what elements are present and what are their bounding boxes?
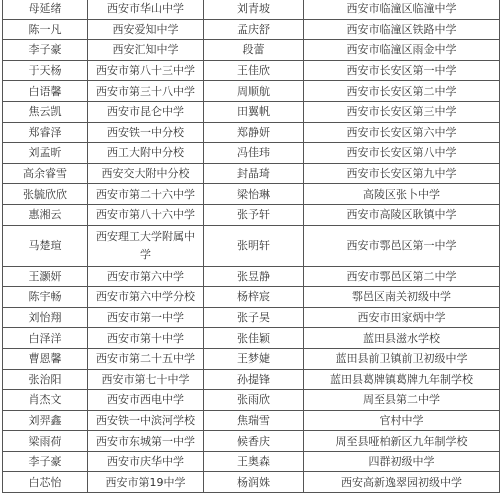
table-row: 曹恩馨 西安市第二十五中学 王梦婕 蓝田县前卫镇前卫初级中学 <box>3 348 500 369</box>
student-name-cell: 封晶琦 <box>204 163 304 184</box>
table-row: 肖杰文 西安市西电中学 张雨欣 周至县第二中学 <box>3 390 500 411</box>
school-cell: 高陵区张卜中学 <box>304 184 500 205</box>
student-name-cell: 杨梓宸 <box>204 287 304 308</box>
student-name-cell: 焦瑞雪 <box>204 410 304 431</box>
school-cell: 西安市长安区第一中学 <box>304 60 500 81</box>
school-cell: 西安市西电中学 <box>88 390 204 411</box>
table-row: 王灏妍 西安市第六中学 张昱静 西安市鄠邑区第二中学 <box>3 266 500 287</box>
student-name-cell: 刘怡翔 <box>3 307 88 328</box>
school-cell: 西安理工大学附属中学 <box>88 225 204 266</box>
school-cell: 官村中学 <box>304 410 500 431</box>
school-cell: 西安市第二十五中学 <box>88 348 204 369</box>
school-cell: 鄠邑区南关初级中学 <box>304 287 500 308</box>
school-cell: 周至县哑柏新区九年制学校 <box>304 431 500 452</box>
school-cell: 西安市鄠邑区第二中学 <box>304 266 500 287</box>
student-name-cell: 曹恩馨 <box>3 348 88 369</box>
student-name-cell: 周顺航 <box>204 81 304 102</box>
student-name-cell: 梁怡琳 <box>204 184 304 205</box>
student-name-cell: 张雨欣 <box>204 390 304 411</box>
student-name-cell: 肖杰文 <box>3 390 88 411</box>
table-row: 梁雨荷 西安市东城第一中学 候香庆 周至县哑柏新区九年制学校 <box>3 431 500 452</box>
school-cell: 西安市鄠邑区第一中学 <box>304 225 500 266</box>
table-row: 张毓欣欣 西安市第二十六中学 梁怡琳 高陵区张卜中学 <box>3 184 500 205</box>
student-name-cell: 刘孟昕 <box>3 143 88 164</box>
table-container: 母延绪 西安市华山中学 刘青坡 西安市临潼区临潼中学 陈一凡 西安爱知中学 孟庆… <box>2 0 500 493</box>
table-row: 高余睿雪 西安交大附中分校 封晶琦 西安市长安区第九中学 <box>3 163 500 184</box>
student-name-cell: 李子豪 <box>3 40 88 61</box>
school-cell: 西安市昆仑中学 <box>88 101 204 122</box>
school-cell: 西安市田家炳中学 <box>304 307 500 328</box>
student-name-cell: 张毓欣欣 <box>3 184 88 205</box>
student-school-table: 母延绪 西安市华山中学 刘青坡 西安市临潼区临潼中学 陈一凡 西安爱知中学 孟庆… <box>2 0 500 493</box>
table-row: 刘怡翔 西安市第一中学 张子昊 西安市田家炳中学 <box>3 307 500 328</box>
school-cell: 西安市第二十六中学 <box>88 184 204 205</box>
school-cell: 西安市第三十八中学 <box>88 81 204 102</box>
student-name-cell: 王灏妍 <box>3 266 88 287</box>
student-name-cell: 田翼帆 <box>204 101 304 122</box>
student-name-cell: 焦云凯 <box>3 101 88 122</box>
school-cell: 西安市临潼区临潼中学 <box>304 0 500 19</box>
student-name-cell: 于天杨 <box>3 60 88 81</box>
student-name-cell: 高余睿雪 <box>3 163 88 184</box>
table-row: 李子豪 西安汇知中学 段蕾 西安市临潼区雨金中学 <box>3 40 500 61</box>
table-row: 惠湘云 西安市第八十六中学 张予轩 西安市高陵区耿镇中学 <box>3 204 500 225</box>
student-name-cell: 惠湘云 <box>3 204 88 225</box>
school-cell: 西安市第六中学 <box>88 266 204 287</box>
school-cell: 西安高新逸翠园初级中学 <box>304 472 500 493</box>
table-row: 李子豪 西安市庆华中学 王奥森 四群初级中学 <box>3 451 500 472</box>
school-cell: 西安市临潼区铁路中学 <box>304 19 500 40</box>
school-cell: 西安铁一中分校 <box>88 122 204 143</box>
table-row: 白芯怡 西安市第19中学 杨润姝 西安高新逸翠园初级中学 <box>3 472 500 493</box>
student-name-cell: 白语馨 <box>3 81 88 102</box>
student-name-cell: 王奥森 <box>204 451 304 472</box>
student-name-cell: 梁雨荷 <box>3 431 88 452</box>
student-name-cell: 王佳欣 <box>204 60 304 81</box>
school-cell: 蓝田县前卫镇前卫初级中学 <box>304 348 500 369</box>
school-cell: 西安市长安区第二中学 <box>304 81 500 102</box>
student-name-cell: 孙提锋 <box>204 369 304 390</box>
student-name-cell: 张佳颖 <box>204 328 304 349</box>
school-cell: 西安市东城第一中学 <box>88 431 204 452</box>
school-cell: 西安市第七十中学 <box>88 369 204 390</box>
student-name-cell: 冯佳玮 <box>204 143 304 164</box>
table-row: 焦云凯 西安市昆仑中学 田翼帆 西安市长安区第三中学 <box>3 101 500 122</box>
school-cell: 西安市第十中学 <box>88 328 204 349</box>
student-name-cell: 杨润姝 <box>204 472 304 493</box>
school-cell: 四群初级中学 <box>304 451 500 472</box>
table-row: 郑睿泽 西安铁一中分校 郑静妍 西安市长安区第六中学 <box>3 122 500 143</box>
school-cell: 西工大附中分校 <box>88 143 204 164</box>
school-cell: 西安市长安区第六中学 <box>304 122 500 143</box>
school-cell: 西安市长安区第八中学 <box>304 143 500 164</box>
school-cell: 西安铁一中滨河学校 <box>88 410 204 431</box>
student-name-cell: 母延绪 <box>3 0 88 19</box>
table-row: 张治阳 西安市第七十中学 孙提锋 蓝田县葛牌镇葛牌九年制学校 <box>3 369 500 390</box>
student-name-cell: 张明轩 <box>204 225 304 266</box>
school-cell: 蓝田县葛牌镇葛牌九年制学校 <box>304 369 500 390</box>
student-name-cell: 王梦婕 <box>204 348 304 369</box>
student-name-cell: 孟庆舒 <box>204 19 304 40</box>
school-cell: 西安市长安区第三中学 <box>304 101 500 122</box>
table-row: 于天杨 西安市第八十三中学 王佳欣 西安市长安区第一中学 <box>3 60 500 81</box>
school-cell: 西安市第八十三中学 <box>88 60 204 81</box>
table-row: 白语馨 西安市第三十八中学 周顺航 西安市长安区第二中学 <box>3 81 500 102</box>
table-row: 刘羿鑫 西安铁一中滨河学校 焦瑞雪 官村中学 <box>3 410 500 431</box>
school-cell: 西安市临潼区雨金中学 <box>304 40 500 61</box>
student-name-cell: 刘青坡 <box>204 0 304 19</box>
school-cell: 西安市第19中学 <box>88 472 204 493</box>
school-cell: 西安市第六中学分校 <box>88 287 204 308</box>
school-cell: 西安市长安区第九中学 <box>304 163 500 184</box>
table-body: 母延绪 西安市华山中学 刘青坡 西安市临潼区临潼中学 陈一凡 西安爱知中学 孟庆… <box>3 0 500 493</box>
student-name-cell: 刘羿鑫 <box>3 410 88 431</box>
school-cell: 西安市华山中学 <box>88 0 204 19</box>
student-name-cell: 陈一凡 <box>3 19 88 40</box>
student-name-cell: 候香庆 <box>204 431 304 452</box>
table-row: 陈一凡 西安爱知中学 孟庆舒 西安市临潼区铁路中学 <box>3 19 500 40</box>
school-cell: 西安汇知中学 <box>88 40 204 61</box>
student-name-cell: 陈宇畅 <box>3 287 88 308</box>
school-cell: 周至县第二中学 <box>304 390 500 411</box>
student-name-cell: 郑睿泽 <box>3 122 88 143</box>
school-cell: 蓝田县滋水学校 <box>304 328 500 349</box>
table-row: 白泽洋 西安市第十中学 张佳颖 蓝田县滋水学校 <box>3 328 500 349</box>
school-cell: 西安市第八十六中学 <box>88 204 204 225</box>
school-cell: 西安爱知中学 <box>88 19 204 40</box>
student-name-cell: 郑静妍 <box>204 122 304 143</box>
school-cell: 西安市庆华中学 <box>88 451 204 472</box>
student-name-cell: 白芯怡 <box>3 472 88 493</box>
table-row: 母延绪 西安市华山中学 刘青坡 西安市临潼区临潼中学 <box>3 0 500 19</box>
table-row: 刘孟昕 西工大附中分校 冯佳玮 西安市长安区第八中学 <box>3 143 500 164</box>
table-row: 马楚瑄 西安理工大学附属中学 张明轩 西安市鄠邑区第一中学 <box>3 225 500 266</box>
school-cell: 西安市高陵区耿镇中学 <box>304 204 500 225</box>
student-name-cell: 白泽洋 <box>3 328 88 349</box>
student-name-cell: 张予轩 <box>204 204 304 225</box>
school-cell: 西安市第一中学 <box>88 307 204 328</box>
student-name-cell: 段蕾 <box>204 40 304 61</box>
student-name-cell: 马楚瑄 <box>3 225 88 266</box>
school-cell: 西安交大附中分校 <box>88 163 204 184</box>
student-name-cell: 张子昊 <box>204 307 304 328</box>
student-name-cell: 李子豪 <box>3 451 88 472</box>
student-name-cell: 张昱静 <box>204 266 304 287</box>
table-row: 陈宇畅 西安市第六中学分校 杨梓宸 鄠邑区南关初级中学 <box>3 287 500 308</box>
student-name-cell: 张治阳 <box>3 369 88 390</box>
